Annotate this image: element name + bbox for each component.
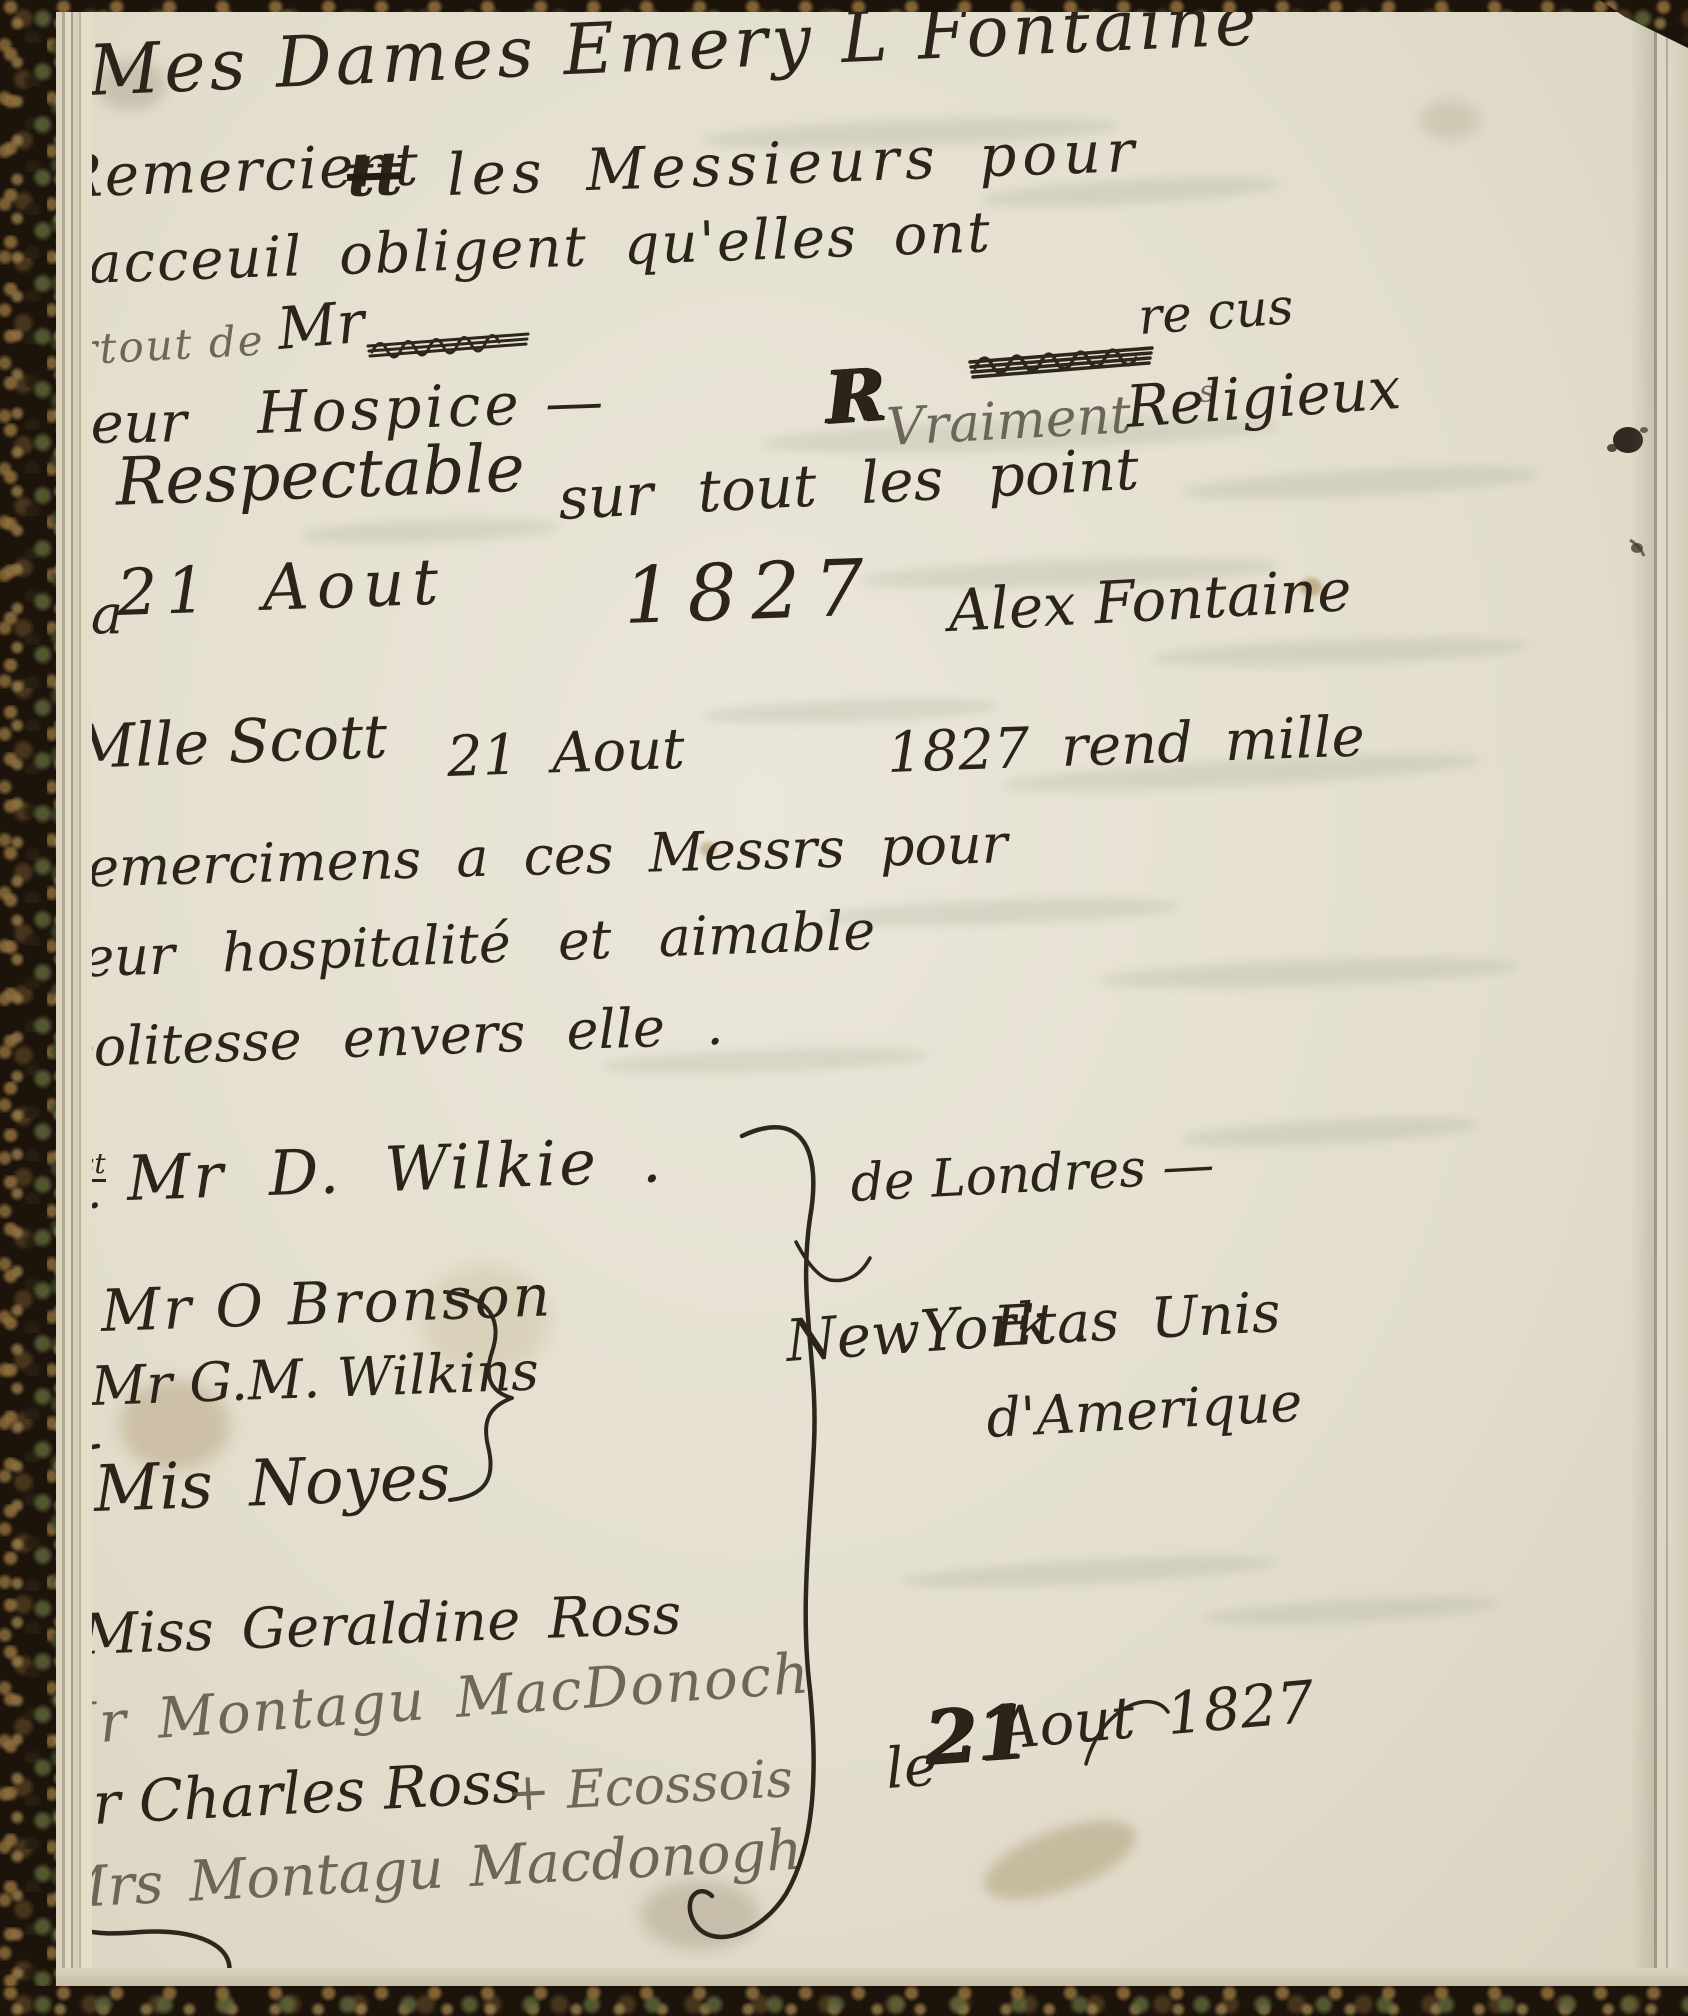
struck-out-name-scribble — [970, 348, 1152, 377]
struck-out-name-scribble — [368, 334, 528, 357]
bottom-page-edge — [56, 1968, 1688, 1988]
binding-marble-left — [0, 0, 56, 2016]
hand-brace-right — [690, 1127, 815, 1937]
hand-brace-small — [445, 1292, 512, 1500]
ink-strokes-overlay — [0, 0, 1688, 2016]
date-flourish — [1086, 1702, 1168, 1764]
binding-marble-top — [0, 0, 1688, 12]
page-fold-line — [1630, 0, 1654, 2016]
scanned-page: Mes Dames Emery L Fontaine Remercient tt… — [0, 0, 1688, 2016]
page-stack-edge — [56, 0, 92, 2016]
binding-marble-bottom — [0, 1986, 1688, 2016]
page-fold-line — [1654, 0, 1657, 2016]
next-page-sliver — [1668, 0, 1688, 2016]
